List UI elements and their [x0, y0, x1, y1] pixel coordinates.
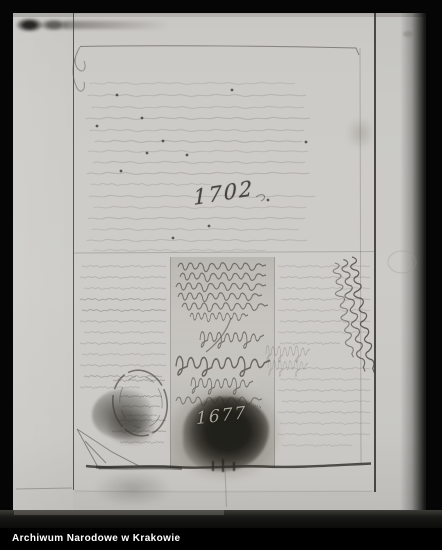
seal-drip	[233, 462, 235, 471]
film-right-edge-fade	[400, 13, 426, 510]
address-panel	[170, 257, 275, 468]
archival-scan-view: 1702 1677 Archiwum Narodowe w Krakowie	[0, 0, 442, 550]
film-left-margin	[13, 13, 73, 510]
seal-drip	[212, 461, 214, 471]
seal-drip	[222, 459, 224, 472]
archive-caption: Archiwum Narodowe w Krakowie	[12, 533, 180, 544]
page-right-edge	[374, 13, 376, 492]
film-bottom-band-highlight	[14, 510, 224, 515]
caption-bar: Archiwum Narodowe w Krakowie	[0, 528, 442, 550]
